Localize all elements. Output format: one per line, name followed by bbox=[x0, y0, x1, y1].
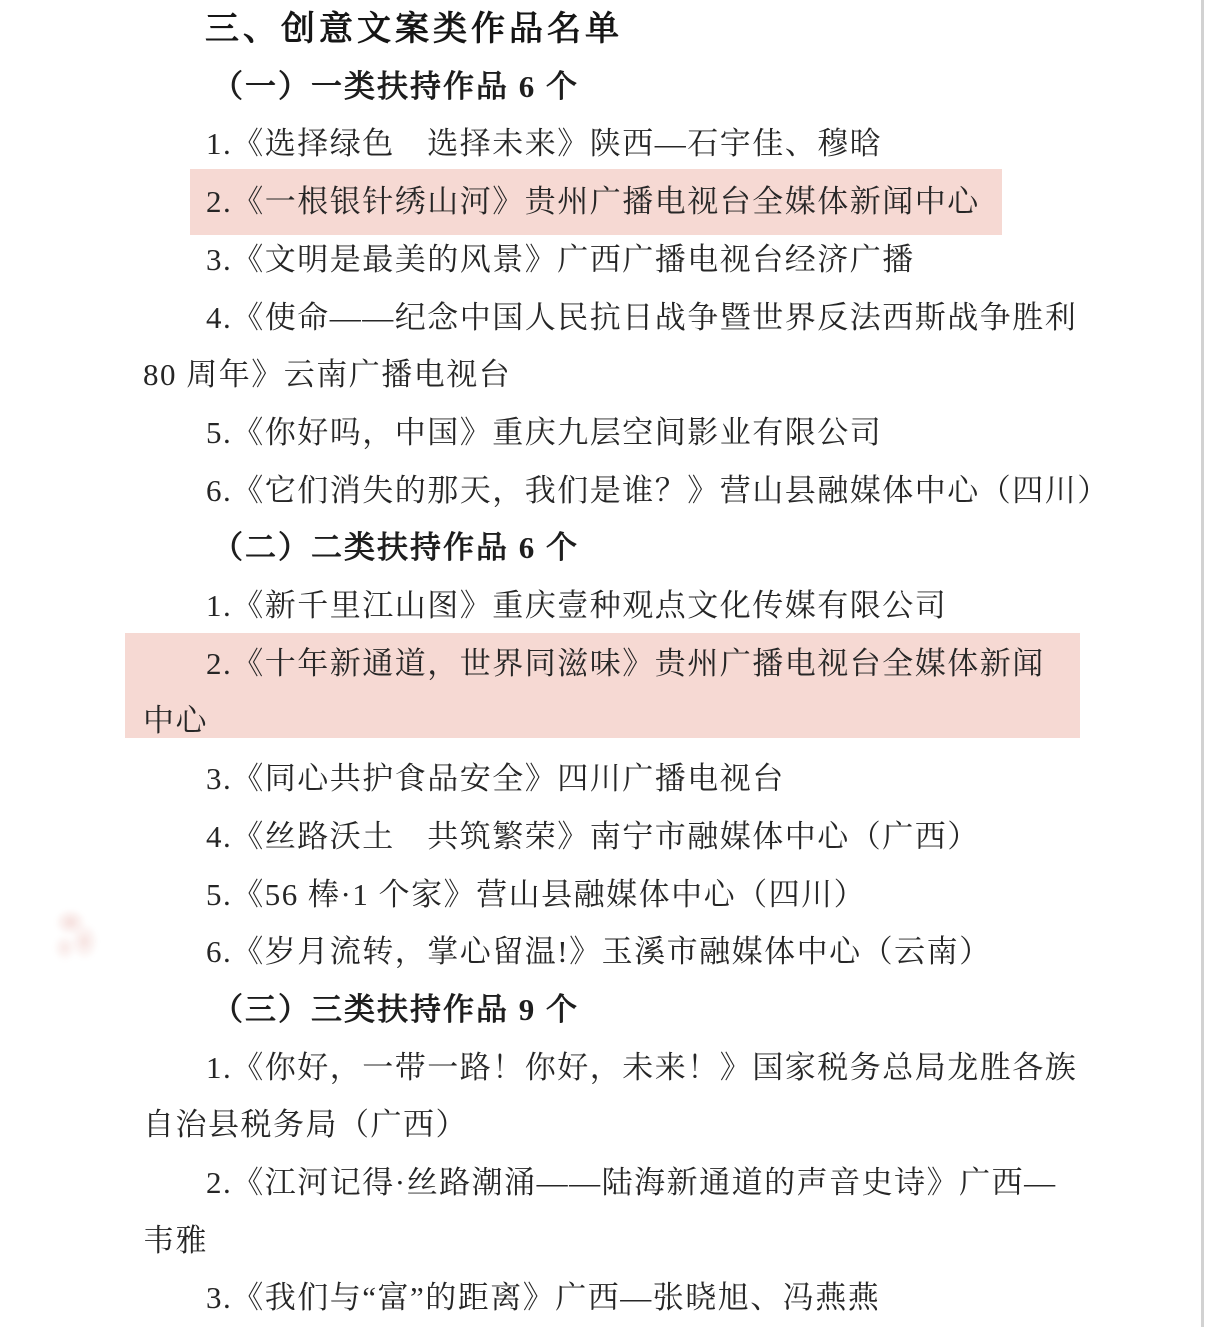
list-item-continuation: 韦雅 bbox=[143, 1219, 208, 1263]
list-item: 1.《你好，一带一路！你好，未来！》国家税务总局龙胜各族 bbox=[206, 1046, 1077, 1090]
list-item: 6.《它们消失的那天，我们是谁？》营山县融媒体中心（四川） bbox=[206, 469, 1110, 513]
list-item: 4.《使命——纪念中国人民抗日战争暨世界反法西斯战争胜利 bbox=[206, 296, 1077, 340]
document-page: 三、创意文案类作品名单（一）一类扶持作品 6 个1.《选择绿色 选择未来》陕西—… bbox=[0, 0, 1206, 1327]
list-item: 5.《56 棒·1 个家》营山县融媒体中心（四川） bbox=[206, 873, 866, 917]
list-item: 5.《你好吗，中国》重庆九层空间影业有限公司 bbox=[206, 411, 882, 455]
list-item: 2.《十年新通道，世界同滋味》贵州广播电视台全媒体新闻 bbox=[206, 642, 1045, 686]
page-title: 三、创意文案类作品名单 bbox=[205, 7, 623, 51]
list-item: 1.《新千里江山图》重庆壹种观点文化传媒有限公司 bbox=[206, 584, 947, 628]
list-item: 2.《一根银针绣山河》贵州广播电视台全媒体新闻中心 bbox=[206, 180, 980, 224]
list-item-continuation: 中心 bbox=[143, 699, 208, 743]
list-item-continuation: 自治县税务局（广西） bbox=[143, 1103, 468, 1147]
list-item: 6.《岁月流转，掌心留温!》玉溪市融媒体中心（云南） bbox=[206, 930, 992, 974]
faint-seal-stamp bbox=[48, 903, 104, 967]
section-heading: （二）二类扶持作品 6 个 bbox=[212, 526, 579, 570]
page-edge-line bbox=[1201, 0, 1204, 1327]
list-item: 2.《江河记得·丝路潮涌——陆海新通道的声音史诗》广西— bbox=[206, 1161, 1057, 1205]
list-item: 4.《丝路沃土 共筑繁荣》南宁市融媒体中心（广西） bbox=[206, 815, 980, 859]
list-item: 3.《文明是最美的风景》广西广播电视台经济广播 bbox=[206, 238, 915, 282]
list-item: 3.《同心共护食品安全》四川广播电视台 bbox=[206, 757, 785, 801]
section-heading: （三）三类扶持作品 9 个 bbox=[212, 988, 579, 1032]
list-item-continuation: 80 周年》云南广播电视台 bbox=[143, 353, 511, 397]
list-item: 1.《选择绿色 选择未来》陕西—石宇佳、穆晗 bbox=[206, 122, 882, 166]
section-heading: （一）一类扶持作品 6 个 bbox=[212, 65, 579, 109]
list-item: 3.《我们与“富”的距离》广西—张晓旭、冯燕燕 bbox=[206, 1276, 880, 1320]
